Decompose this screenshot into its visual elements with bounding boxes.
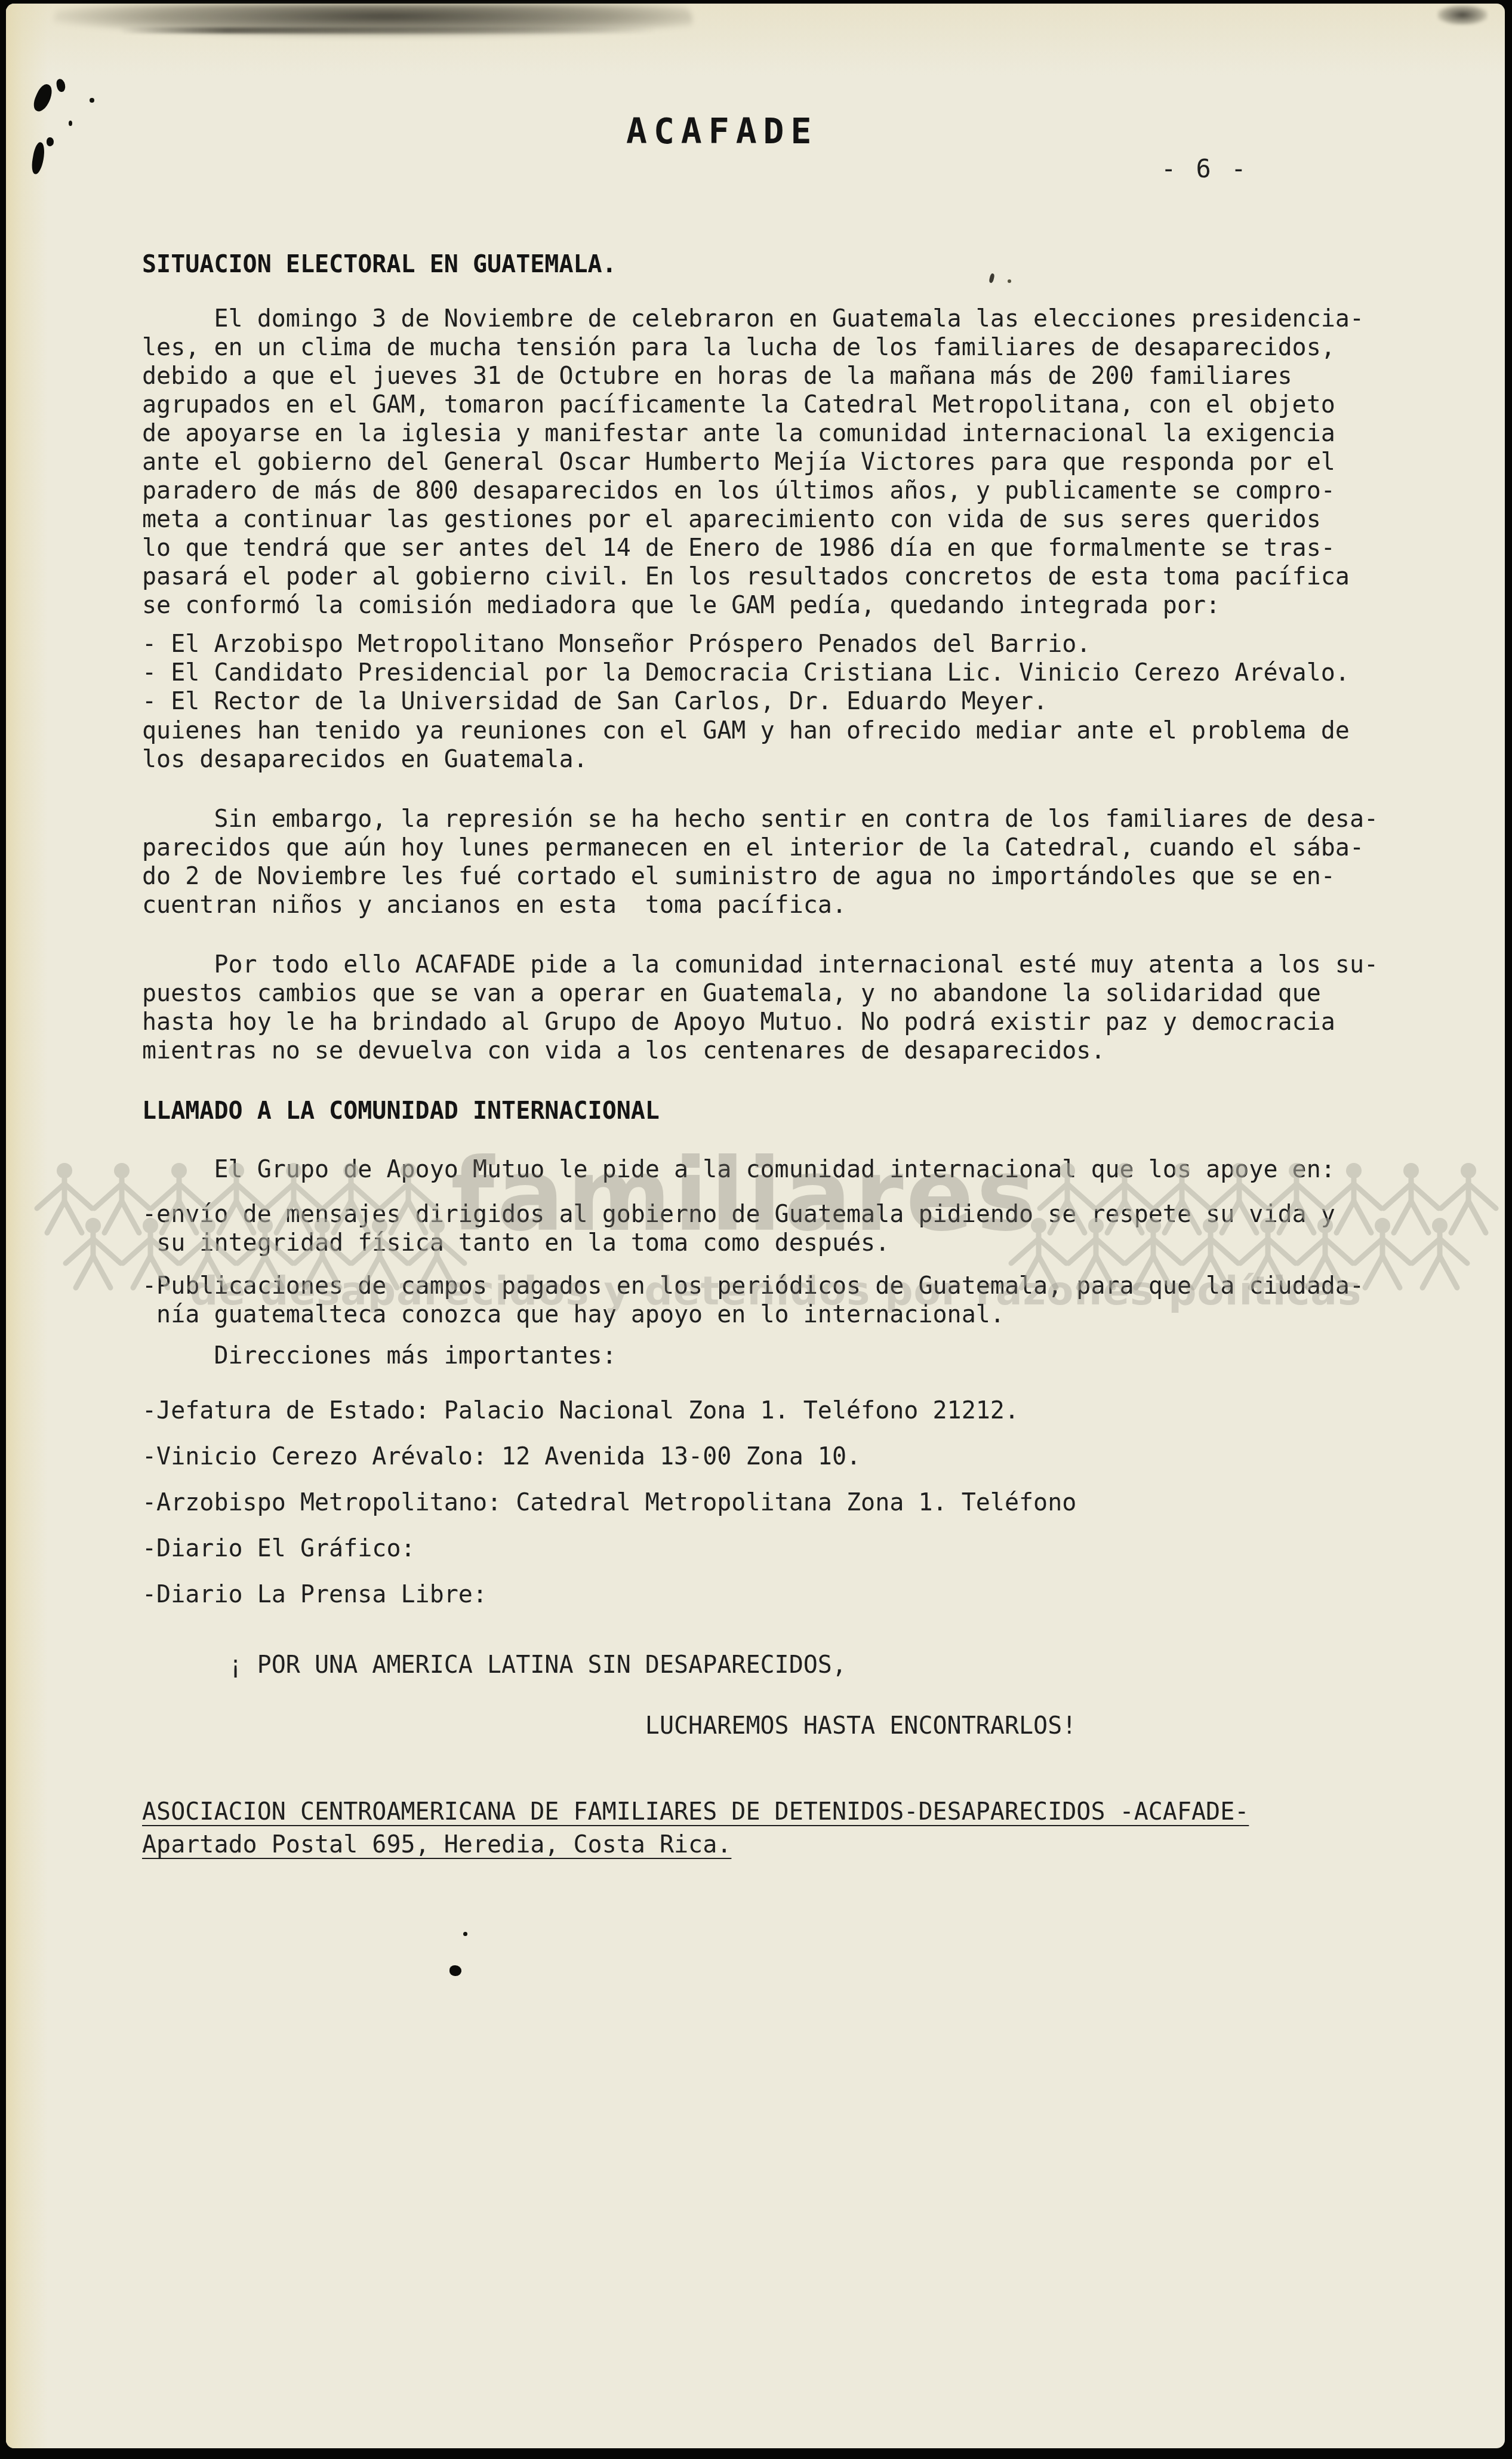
llamado-intro: El Grupo de Apoyo Mutuo le pide a la com… [142,1156,1335,1183]
page-number: - 6 - [1161,154,1248,183]
text-line: -Diario La Prensa Libre: [142,1572,1076,1618]
llamado-bullet-messages: -envío de mensajes dirigidos al gobierno… [142,1200,1335,1257]
text-line: - El Candidato Presidencial por la Democ… [142,658,1350,687]
text-line: su integridad física tanto en la toma co… [142,1229,1335,1257]
text-line: hasta hoy le ha brindado al Grupo de Apo… [142,1008,1378,1036]
text-line: meta a continuar las gestiones por el ap… [142,505,1364,534]
footer-organization-address: ASOCIACION CENTROAMERICANA DE FAMILIARES… [142,1796,1249,1861]
text-line: quienes han tenido ya reuniones con el G… [142,716,1350,745]
text-line: -Diario El Gráfico: [142,1526,1076,1572]
text-line: paradero de más de 800 desaparecidos en … [142,476,1364,505]
text-line: -Vinicio Cerezo Arévalo: 12 Avenida 13-0… [142,1434,1076,1480]
text-line: nía guatemalteca conozca que hay apoyo e… [142,1300,1364,1329]
text-line: los desaparecidos en Guatemala. [142,745,1350,774]
ink-dot [463,1932,467,1936]
scanned-document: { "header": { "org_name": "ACAFADE", "pa… [0,0,1512,2459]
text-line: Sin embargo, la represión se ha hecho se… [142,805,1378,833]
text-line: Apartado Postal 695, Heredia, Costa Rica… [142,1829,1249,1861]
text-line: El domingo 3 de Noviembre de celebraron … [142,304,1364,333]
paragraph-call-attention: Por todo ello ACAFADE pide a la comunida… [142,950,1378,1065]
stray-mark [1008,279,1011,283]
text-line: pasará el poder al gobierno civil. En lo… [142,562,1364,591]
addresses-list: -Jefatura de Estado: Palacio Nacional Zo… [142,1388,1076,1618]
addresses-heading: Direcciones más importantes: [142,1342,617,1369]
ink-blot [47,137,54,146]
text-line: -Arzobispo Metropolitano: Catedral Metro… [142,1480,1076,1526]
mediator-list: - El Arzobispo Metropolitano Monseñor Pr… [142,630,1350,716]
ink-blot [449,1965,461,1976]
text-line: cuentran niños y ancianos en esta toma p… [142,891,1378,919]
text-line: parecidos que aún hoy lunes permanecen e… [142,833,1378,862]
text-line: -Publicaciones de campos pagados en los … [142,1272,1364,1300]
text-line: - El Rector de la Universidad de San Car… [142,687,1350,716]
text-line: do 2 de Noviembre les fué cortado el sum… [142,862,1378,891]
section-title-electoral: SITUACION ELECTORAL EN GUATEMALA. [142,251,617,278]
text-line: puestos cambios que se van a operar en G… [142,979,1378,1008]
text-line: -envío de mensajes dirigidos al gobierno… [142,1200,1335,1229]
text-line: mientras no se devuelva con vida a los c… [142,1036,1378,1065]
text-line: agrupados en el GAM, tomaron pacíficamen… [142,390,1364,419]
org-header: ACAFADE [626,111,818,152]
text-line: debido a que el jueves 31 de Octubre en … [142,362,1364,390]
section-title-llamado: LLAMADO A LA COMUNIDAD INTERNACIONAL [142,1097,660,1125]
paragraph-repression: Sin embargo, la represión se ha hecho se… [142,805,1378,919]
text-line: Por todo ello ACAFADE pide a la comunida… [142,950,1378,979]
mediator-list-close: quienes han tenido ya reuniones con el G… [142,716,1350,774]
text-line: - El Arzobispo Metropolitano Monseñor Pr… [142,630,1350,658]
stray-mark [989,273,995,283]
text-line: -Jefatura de Estado: Palacio Nacional Zo… [142,1388,1076,1434]
ink-dot [90,98,94,103]
text-line: ante el gobierno del General Oscar Humbe… [142,448,1364,476]
ink-blot [56,78,66,93]
document-page: ACAFADE - 6 - SITUACION ELECTORAL EN GUA… [6,4,1505,2448]
text-line: se conformó la comisión mediadora que le… [142,591,1364,620]
slogan-line-1: ¡ POR UNA AMERICA LATINA SIN DESAPARECID… [142,1651,846,1679]
text-line: ASOCIACION CENTROAMERICANA DE FAMILIARES… [142,1796,1249,1829]
text-line: de apoyarse en la iglesia y manifestar a… [142,419,1364,448]
llamado-bullet-publications: -Publicaciones de campos pagados en los … [142,1272,1364,1329]
ink-dot [69,121,72,126]
slogan-line-2: LUCHAREMOS HASTA ENCONTRARLOS! [142,1712,1076,1740]
text-line: les, en un clima de mucha tensión para l… [142,333,1364,362]
text-line: lo que tendrá que ser antes del 14 de En… [142,534,1364,562]
paragraph-elections: El domingo 3 de Noviembre de celebraron … [142,304,1364,620]
paper-left-edge [6,4,48,2448]
paper-top-edge [6,4,1505,75]
